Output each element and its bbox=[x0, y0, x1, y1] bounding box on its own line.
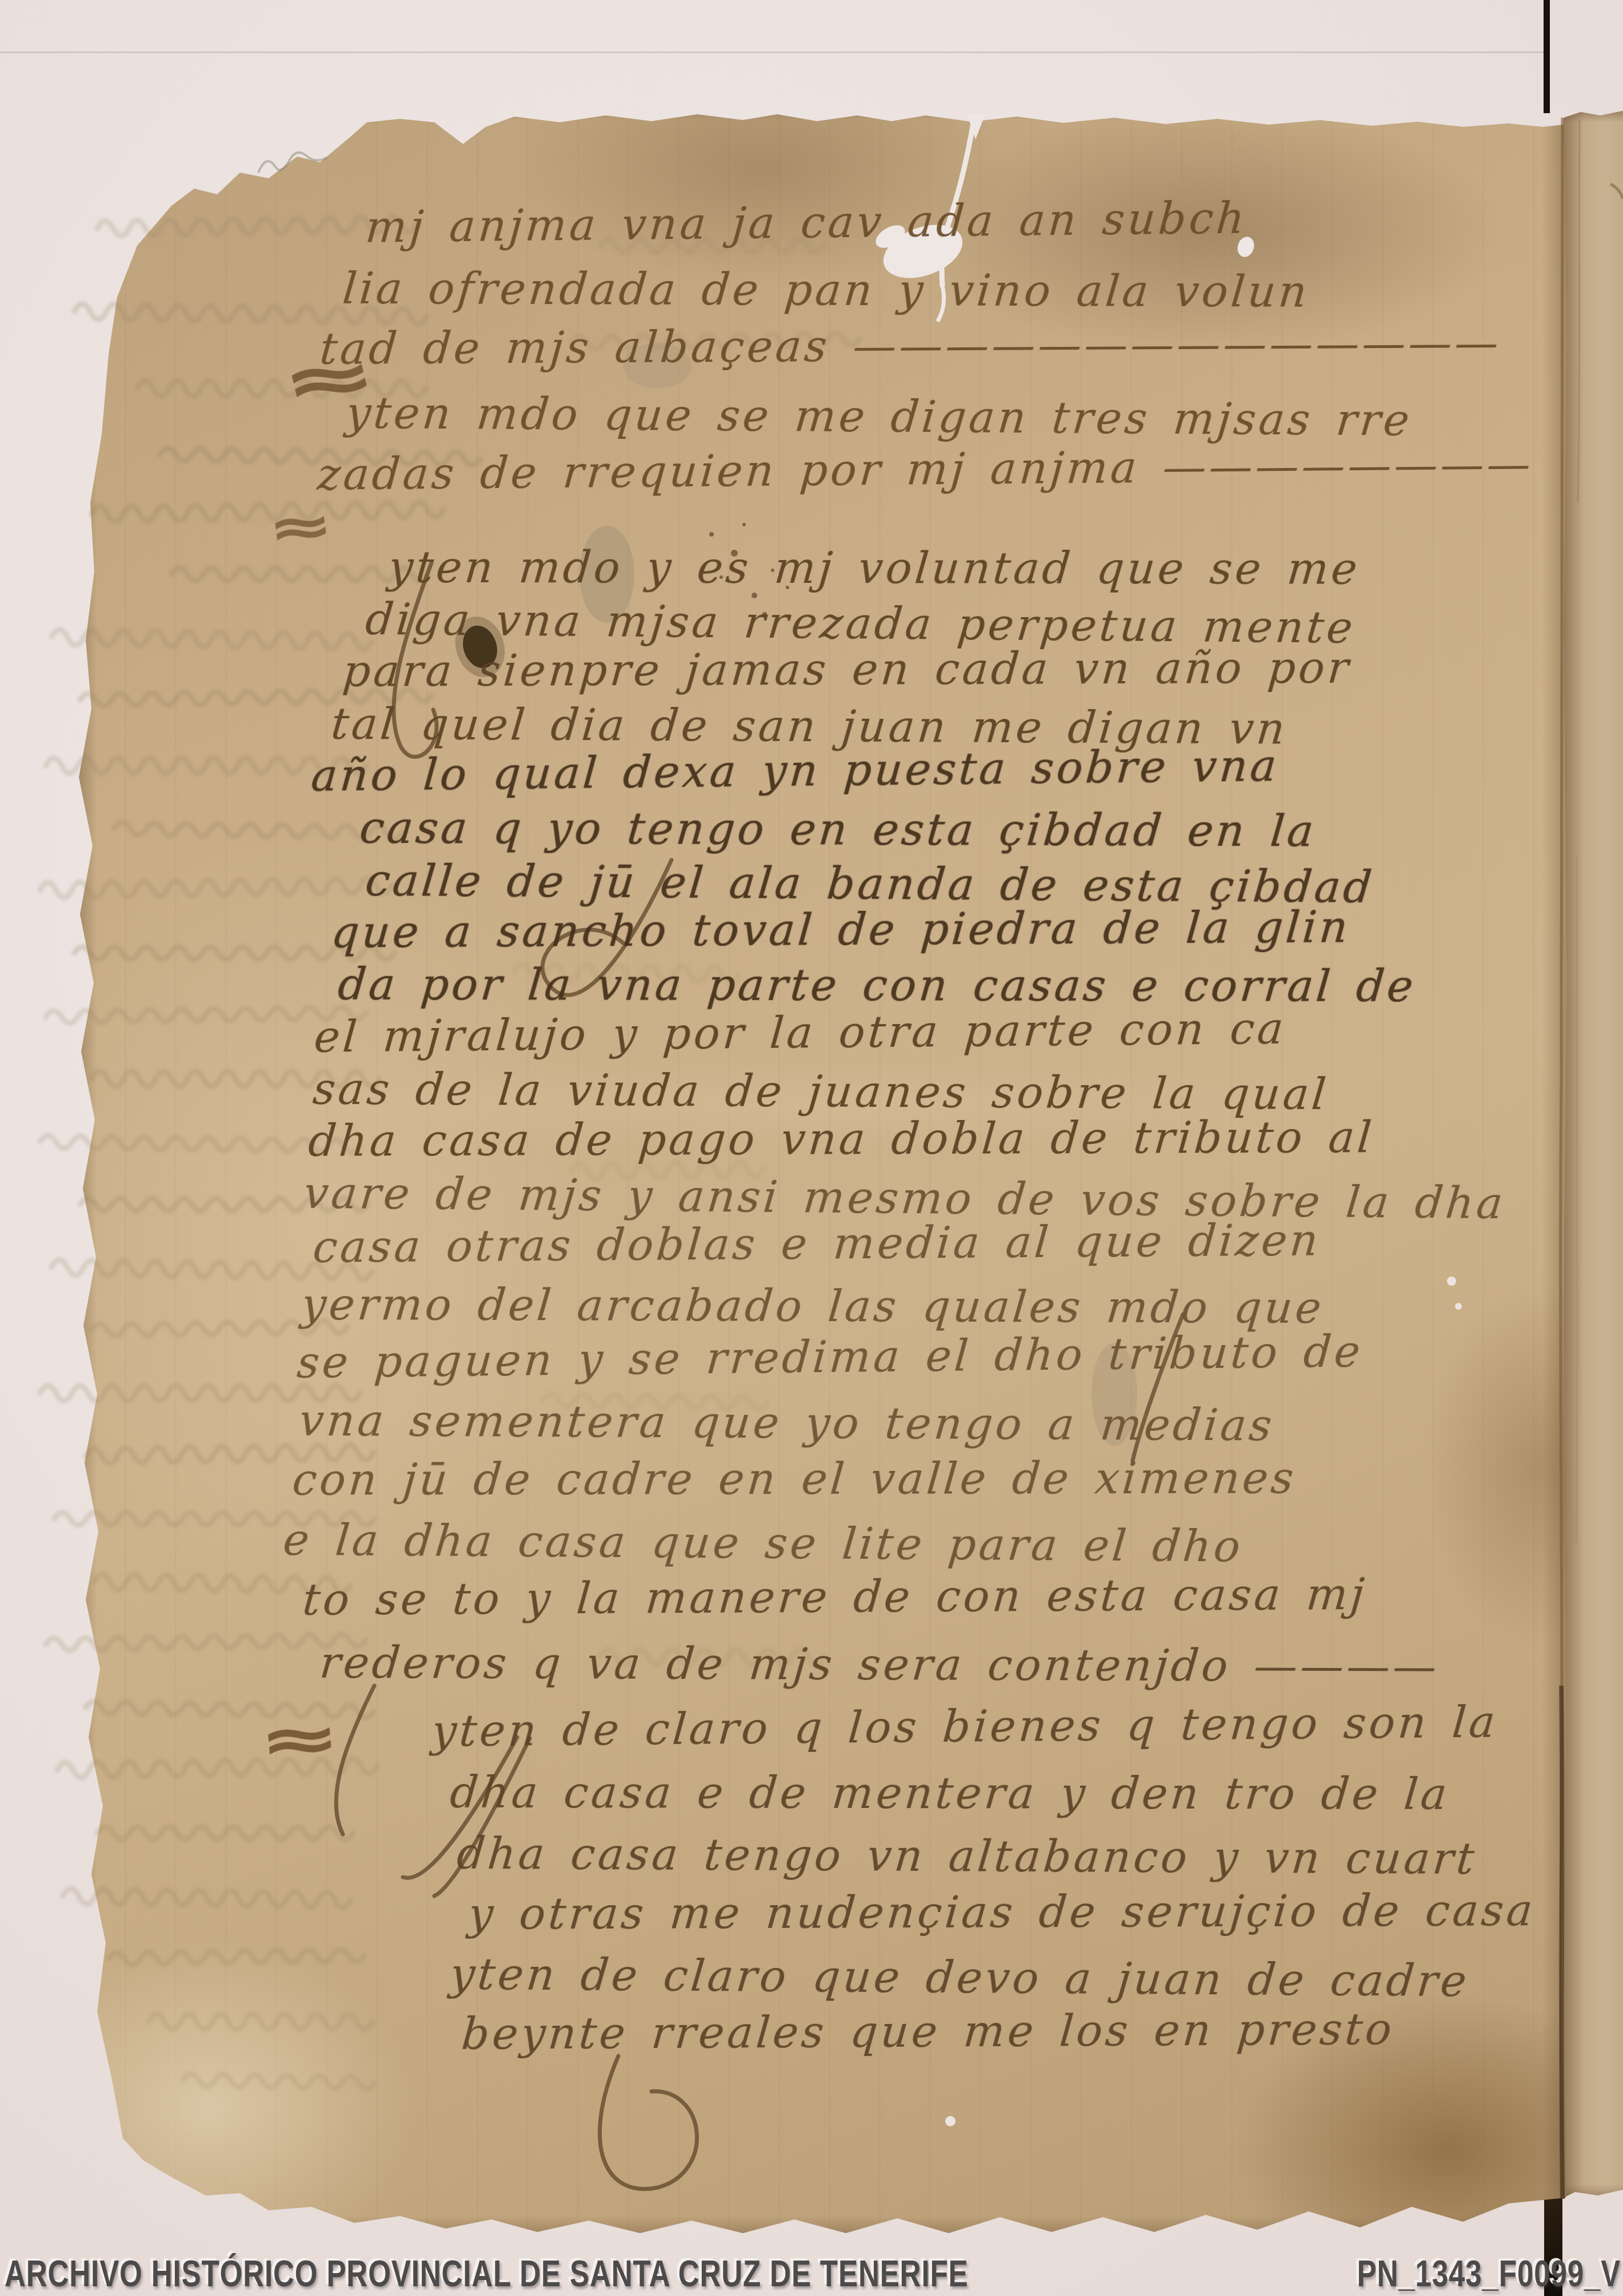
manuscript-line: se paguen y se rredima el dho tributo de bbox=[295, 1326, 1365, 1388]
manuscript-line: beynte rreales que me los en presto bbox=[459, 2003, 1396, 2059]
manuscript-line: yten de claro que devo a juan de cadre bbox=[448, 1949, 1472, 2006]
manuscript-line: dha casa e de mentera y den tro de la bbox=[448, 1767, 1452, 1819]
margin-mark: ≈ bbox=[263, 494, 337, 559]
margin-mark: ≈ bbox=[255, 1702, 344, 1777]
manuscript-line: año lo qual dexa yn puesta sobre vna bbox=[310, 740, 1281, 801]
manuscript-line: para sienpre jamas en cada vn año por bbox=[341, 642, 1353, 697]
archival-scan: mj anjma vna ja cav ada an subchlia ofre… bbox=[0, 0, 1623, 2296]
manuscript-line: sas de la viuda de juanes sobre la qual bbox=[311, 1063, 1331, 1119]
manuscript-line: lia ofrendada de pan y vino ala volun bbox=[341, 263, 1312, 317]
manuscript-line: yten mdo y es mj voluntad que se me bbox=[386, 542, 1362, 594]
manuscript-line: el mjralujo y por la otra parte con ca bbox=[312, 1003, 1288, 1062]
archive-caption: ARCHIVO HISTÓRICO PROVINCIAL DE SANTA CR… bbox=[5, 2253, 968, 2295]
manuscript-text-block: mj anjma vna ja cav ada an subchlia ofre… bbox=[0, 0, 1623, 2296]
manuscript-line: rederos q va de mjs sera contenjdo ———— bbox=[318, 1637, 1442, 1692]
manuscript-line: mj anjma vna ja cav ada an subch bbox=[364, 193, 1249, 253]
manuscript-line: con jū de cadre en el valle de ximenes bbox=[290, 1453, 1298, 1505]
manuscript-line: yten mdo que se me digan tres mjsas rre bbox=[344, 387, 1414, 446]
manuscript-line: vna sementera que yo tengo a medias bbox=[297, 1395, 1277, 1451]
manuscript-line: zadas de rrequien por mj anjma ———————— bbox=[315, 438, 1535, 500]
manuscript-line: to se to y la manere de con esta casa mj bbox=[301, 1569, 1369, 1625]
reference-code: PN_1343_F0099_V bbox=[1357, 2253, 1621, 2295]
manuscript-line: casa otras doblas e media al que dizen bbox=[311, 1215, 1322, 1273]
manuscript-line: tad de mjs albaçeas —————————————— bbox=[318, 317, 1503, 374]
manuscript-line: casa q yo tengo en esta çibdad en la bbox=[358, 802, 1318, 857]
manuscript-line: e la dha casa que se lite para el dho bbox=[281, 1514, 1245, 1572]
manuscript-line: que a sancho toval de piedra de la glin bbox=[329, 902, 1352, 958]
manuscript-line: dha casa de pago vna dobla de tributo al bbox=[306, 1111, 1376, 1166]
manuscript-line: y otras me nudençias de serujçio de casa bbox=[466, 1885, 1537, 1939]
manuscript-line: yermo del arcabado las quales mdo que bbox=[299, 1279, 1326, 1333]
margin-mark: ≈ bbox=[272, 335, 386, 421]
manuscript-line: yten de claro q los bienes q tengo son l… bbox=[430, 1697, 1500, 1757]
manuscript-line: dha casa tengo vn altabanco y vn cuart bbox=[455, 1828, 1479, 1884]
